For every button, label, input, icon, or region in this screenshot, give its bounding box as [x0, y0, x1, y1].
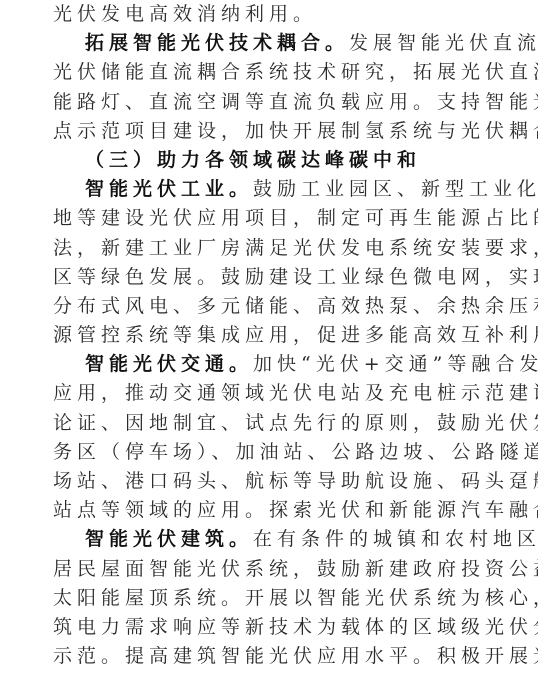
text-line: 法，新建工业厂房满足光伏发电系统安装要求，推动工业园 [53, 234, 485, 263]
text-line: 能路灯、直流空调等直流负载应用。支持智能光伏制氢等试 [53, 88, 485, 117]
line-text: 务区（停车场）、加油站、公路边坡、公路隧道、公交货运 [53, 441, 538, 463]
line-text: 鼓励工业园区、新型工业化产业示范基 [253, 178, 538, 200]
line-text: 站点等领域的应用。探索光伏和新能源汽车融合应用路径。 [53, 499, 538, 521]
text-line: 筑电力需求响应等新技术为载体的区域级光伏分布式应用 [53, 613, 485, 642]
paragraph-title: 智能光伏工业。 [85, 178, 253, 200]
paragraph-building: 智能光伏建筑。在有条件的城镇和农村地区，统筹推进 [53, 525, 485, 554]
line-text: 居民屋面智能光伏系统，鼓励新建政府投资公益性建筑推广 [53, 558, 538, 580]
paragraph-industry: 智能光伏工业。鼓励工业园区、新型工业化产业示范基 [53, 175, 485, 204]
heading-text: （三）助力各领域碳达峰碳中和 [85, 149, 421, 171]
paragraph-title: 智能光伏交通。 [85, 353, 253, 375]
line-text: 场站、港口码头、航标等导助航设施、码头趸船、海岛工作 [53, 470, 538, 492]
line-text: 论证、因地制宜、试点先行的原则，鼓励光伏发电在公路服 [53, 412, 538, 434]
text-line: 场站、港口码头、航标等导助航设施、码头趸船、海岛工作 [53, 467, 485, 496]
line-text: 在有条件的城镇和农村地区，统筹推进 [253, 528, 538, 550]
line-text: 分布式风电、多元储能、高效热泵、余热余压利用、智慧能 [53, 295, 538, 317]
line-text: 筑电力需求响应等新技术为载体的区域级光伏分布式应用 [53, 616, 538, 638]
line-text: 区等绿色发展。鼓励建设工业绿色微电网，实现厂房光伏、 [53, 266, 538, 288]
text-line: 务区（停车场）、加油站、公路边坡、公路隧道、公交货运 [53, 438, 485, 467]
document-page: 光伏发电高效消纳利用。 拓展智能光伏技术耦合。发展智能光伏直流系统，开展 光伏储… [53, 0, 485, 671]
text-line: 地等建设光伏应用项目，制定可再生能源占比的具体评价办 [53, 204, 485, 233]
text-line: 光伏发电高效消纳利用。 [53, 0, 485, 29]
line-text: 光伏储能直流耦合系统技术研究，拓展光伏直流建筑、太阳 [53, 61, 538, 83]
text-line: 应用，推动交通领域光伏电站及充电桩示范建设。坚持充分 [53, 379, 485, 408]
line-text: 太阳能屋顶系统。开展以智能光伏系统为核心，以储能、建 [53, 587, 538, 609]
paragraph-title: 拓展智能光伏技术耦合。 [85, 32, 349, 54]
text-line: 太阳能屋顶系统。开展以智能光伏系统为核心，以储能、建 [53, 584, 485, 613]
text-line: 论证、因地制宜、试点先行的原则，鼓励光伏发电在公路服 [53, 409, 485, 438]
paragraph-tech-coupling: 拓展智能光伏技术耦合。发展智能光伏直流系统，开展 [53, 29, 485, 58]
paragraph-title: 智能光伏建筑。 [85, 528, 253, 550]
line-text: 光伏发电高效消纳利用。 [53, 3, 317, 25]
text-line: 居民屋面智能光伏系统，鼓励新建政府投资公益性建筑推广 [53, 555, 485, 584]
line-text: 点示范项目建设，加快开展制氢系统与光伏耦合技术研究。 [53, 120, 538, 142]
line-text: 应用，推动交通领域光伏电站及充电桩示范建设。坚持充分 [53, 382, 538, 404]
line-text: 示范。提高建筑智能光伏应用水平。积极开展光伏发电、储 [53, 645, 538, 667]
text-line: 站点等领域的应用。探索光伏和新能源汽车融合应用路径。 [53, 496, 485, 525]
line-text: 发展智能光伏直流系统，开展 [349, 32, 538, 54]
line-text: 地等建设光伏应用项目，制定可再生能源占比的具体评价办 [53, 207, 538, 229]
section-heading: （三）助力各领域碳达峰碳中和 [53, 146, 485, 175]
line-text: 源管控系统等集成应用，促进多能高效互补利用。 [53, 324, 538, 346]
line-text: 加快“光伏+交通”等融合发展项目推广 [253, 353, 538, 375]
text-line: 区等绿色发展。鼓励建设工业绿色微电网，实现厂房光伏、 [53, 263, 485, 292]
line-text: 能路灯、直流空调等直流负载应用。支持智能光伏制氢等试 [53, 91, 538, 113]
text-line: 分布式风电、多元储能、高效热泵、余热余压利用、智慧能 [53, 292, 485, 321]
text-line: 点示范项目建设，加快开展制氢系统与光伏耦合技术研究。 [53, 117, 485, 146]
text-line: 源管控系统等集成应用，促进多能高效互补利用。 [53, 321, 485, 350]
text-line: 示范。提高建筑智能光伏应用水平。积极开展光伏发电、储 [53, 642, 485, 671]
paragraph-transport: 智能光伏交通。加快“光伏+交通”等融合发展项目推广 [53, 350, 485, 379]
line-text: 法，新建工业厂房满足光伏发电系统安装要求，推动工业园 [53, 237, 538, 259]
text-line: 光伏储能直流耦合系统技术研究，拓展光伏直流建筑、太阳 [53, 58, 485, 87]
